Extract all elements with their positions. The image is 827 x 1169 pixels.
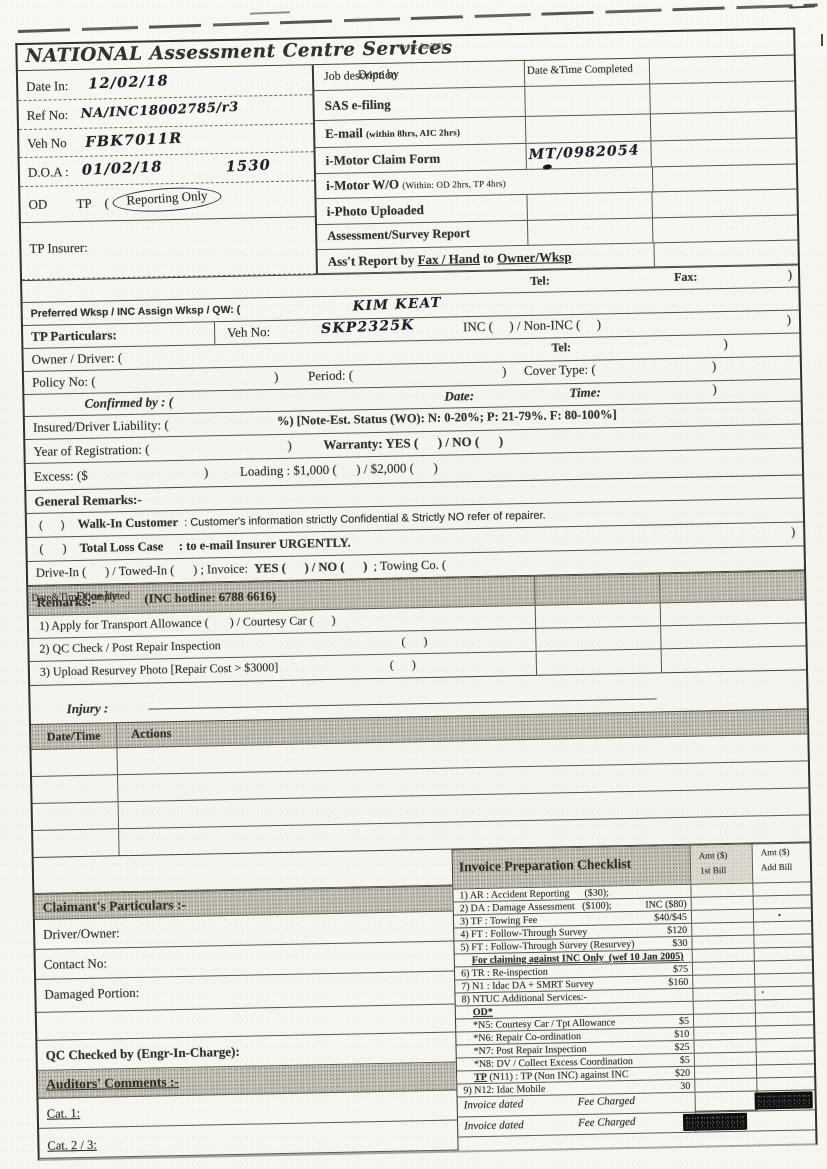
- towing-co-label: ; Towing Co. (: [370, 558, 446, 574]
- drive-in-options: Drive-In ( ) / Towed-In ( ) ; Invoice:: [36, 562, 251, 580]
- paren-close: ): [204, 464, 209, 480]
- ink-blot: [543, 163, 553, 169]
- imotor-wo-sla-note: (Within: OD 2hrs, TP 4hrs): [402, 179, 506, 191]
- cover-type-label: Cover Type: (: [524, 362, 596, 379]
- remarks-done-col-header: Done by: [76, 588, 117, 604]
- inc-noninc-options: INC ( ) / Non-INC ( ): [463, 316, 601, 335]
- datetime-col-header: Date/Time: [31, 723, 117, 749]
- paren-close: ): [791, 525, 795, 540]
- top-section: Date In: 12/02/18 Ref No: NA/INC18002785…: [18, 56, 798, 282]
- invoice-yes-no-options: YES ( ) / NO ( ): [254, 559, 367, 575]
- total-loss-label: Total Loss Case: [80, 539, 164, 555]
- veh-no-label: Veh No: [27, 135, 67, 152]
- preferred-wksp-value: KIM KEAT: [352, 295, 442, 315]
- form-version: (ver : Jan'08): [399, 41, 444, 52]
- loading-options: Loading : $1,000 ( ) / $2,000 ( ): [240, 460, 438, 480]
- general-remarks-label: General Remarks:-: [34, 492, 142, 510]
- done-col-header: Done by: [649, 56, 794, 84]
- ink-stamp: [755, 1091, 813, 1109]
- paren-open: (: [104, 195, 109, 211]
- doa-value: 01/02/18: [82, 158, 163, 178]
- paren-close: ): [723, 336, 728, 352]
- checklist-title: Invoice Preparation Checklist: [459, 858, 631, 872]
- liability-label: Insured/Driver Liability: (: [33, 417, 169, 436]
- paren-close: ): [788, 267, 793, 283]
- ref-no-label: Ref No:: [27, 107, 69, 124]
- total-loss-checkbox: ( ): [39, 541, 66, 556]
- tel-label: Tel:: [530, 273, 550, 288]
- liability-note: %) [Note-Est. Status (WO): N: 0-20%; P: …: [277, 407, 617, 429]
- injury-rule: [149, 698, 657, 709]
- bottom-section: Claimant's Particulars :- Driver/Owner: …: [34, 842, 816, 1159]
- veh-no-value: FBK7011R: [85, 130, 183, 151]
- od-label: OD: [28, 197, 47, 213]
- total-loss-text: : to e-mail Insurer URGENTLY.: [166, 536, 351, 554]
- invoice-checklist: Invoice Preparation Checklist Amt ($) 1s…: [453, 842, 816, 1150]
- paren-close: ): [712, 358, 717, 374]
- form-title: NATIONAL Assessment Centre Services: [25, 37, 452, 67]
- paren-close: ): [502, 363, 507, 379]
- paren-close: ): [787, 312, 792, 328]
- paren-close: ): [287, 438, 292, 454]
- email-sla-note: (within 8hrs, AIC 2hrs): [366, 127, 460, 139]
- tp-veh-no-label: Veh No:: [227, 324, 270, 341]
- fee-charged-label: Fee Charged: [578, 1096, 636, 1108]
- date-in-value: 12/02/18: [88, 72, 169, 92]
- walk-in-checkbox: ( ): [39, 519, 65, 532]
- inc-hotline: (INC hotline: 6788 6616): [144, 589, 276, 607]
- amt-add-bill-header: Amt ($): [761, 847, 790, 858]
- injury-label: Injury :: [67, 700, 109, 717]
- tp-insurer-row: TP Insurer:: [21, 217, 316, 280]
- tp-label: TP: [76, 196, 91, 212]
- preferred-wksp-label: Preferred Wksp / INC Assign Wksp / QW: (: [31, 304, 241, 320]
- imotor-claim-value: MT/0982054: [528, 142, 640, 163]
- tp-veh-no-value: SKP2325K: [321, 317, 415, 337]
- paren-pair: ( ): [401, 634, 427, 650]
- scanned-page: NATIONAL Assessment Centre Services (ver…: [0, 0, 827, 1169]
- date-in-label: Date In:: [26, 78, 69, 95]
- paren-close: ): [712, 381, 717, 397]
- period-label: Period: (: [308, 367, 353, 384]
- fee-charged-label: Fee Charged: [578, 1117, 636, 1129]
- owner-driver-label: Owner / Driver: (: [31, 350, 122, 368]
- paren-pair: ( ): [390, 657, 416, 673]
- add-bill-dot: •: [761, 988, 764, 996]
- scan-artifact-mark: [821, 34, 823, 46]
- scan-artifact-mark: [250, 11, 290, 14]
- od-tp-row: OD TP ( Reporting Only: [20, 181, 315, 223]
- walk-in-label: Walk-In Customer: [78, 515, 179, 531]
- ref-no-value: NA/INC18002785/r3: [80, 100, 239, 122]
- doa-label: D.O.A :: [28, 164, 69, 181]
- doa-time-value: 1530: [225, 157, 271, 176]
- ink-stamp: [683, 1113, 747, 1131]
- add-bill-dot: •: [778, 910, 781, 920]
- date-label: Date:: [444, 388, 474, 405]
- walk-in-text: : Customer's information strictly Confid…: [181, 510, 546, 529]
- warranty-options: Warranty: YES ( ) / NO ( ): [323, 433, 503, 453]
- job-table: Job description Date &Time Completed Don…: [314, 56, 798, 275]
- paren-close: ): [274, 369, 279, 385]
- year-registration-label: Year of Registration: (: [33, 442, 149, 460]
- actions-table: Date/Time Actions: [31, 708, 810, 858]
- owner-tel-label: Tel:: [551, 340, 571, 355]
- scan-artifact-mark: [789, 5, 815, 8]
- claimant-column: Claimant's Particulars :- Driver/Owner: …: [34, 850, 459, 1159]
- remarks-table: Remarks:- (INC hotline: 6788 6616) Date&…: [28, 570, 806, 686]
- time-label: Time:: [569, 384, 601, 401]
- job-col-header: Job description: [314, 61, 524, 90]
- policy-no-label: Policy No: (: [32, 374, 96, 391]
- intake-column: Date In: 12/02/18 Ref No: NA/INC18002785…: [18, 65, 318, 280]
- assessment-form: NATIONAL Assessment Centre Services (ver…: [15, 27, 817, 1160]
- tp-insurer-label: TP Insurer:: [29, 240, 88, 257]
- fax-label: Fax:: [674, 270, 698, 285]
- reporting-only-circled: Reporting Only: [112, 185, 222, 215]
- confirmed-by-label: Confirmed by : (: [84, 394, 173, 412]
- date-col-header: Date &Time Completed: [524, 58, 649, 85]
- tp-particulars-label: TP Particulars:: [31, 327, 117, 345]
- excess-label: Excess: ($: [34, 468, 88, 485]
- amt-1st-bill-header: Amt ($): [699, 850, 728, 861]
